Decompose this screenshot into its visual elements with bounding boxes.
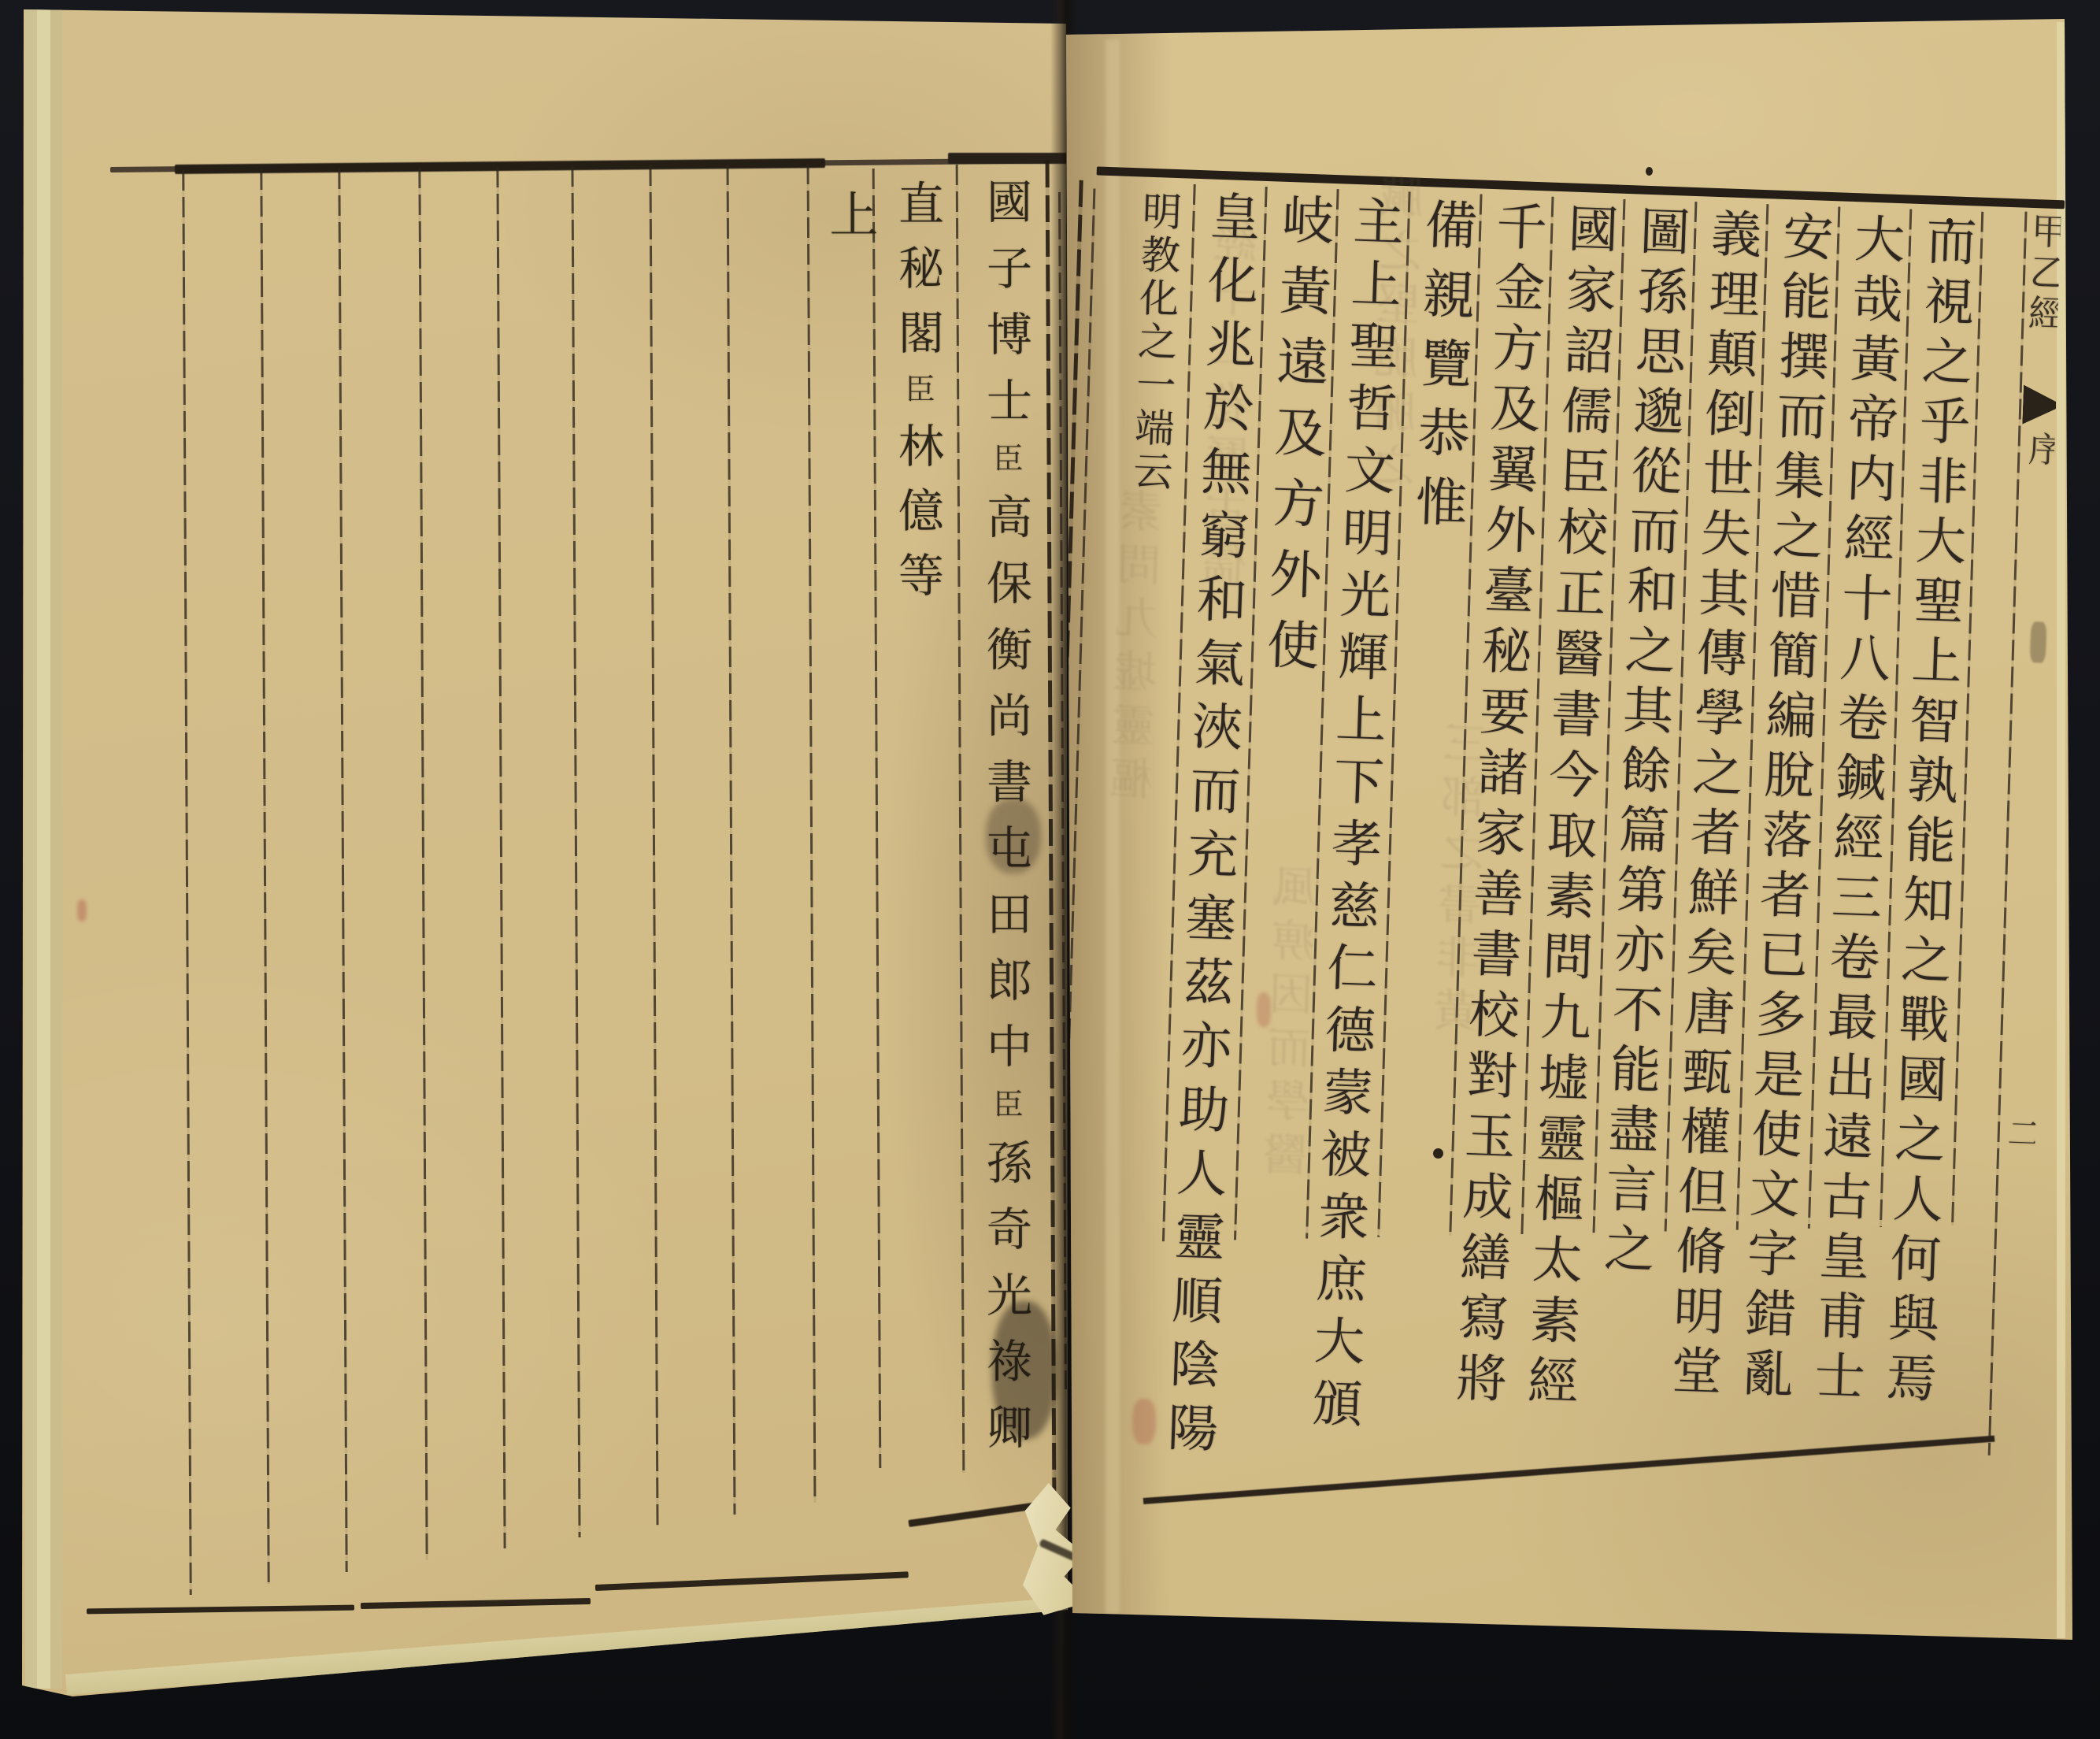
column-text-segment: 高保衡尚書屯田郎中: [979, 493, 1032, 1088]
ink-speck: [1646, 167, 1653, 176]
frame-bottom-border: [595, 1571, 909, 1591]
column-text-segment: 林億等: [891, 422, 944, 616]
red-stain: [77, 899, 87, 921]
ink-speck: [1433, 1148, 1443, 1159]
fishtail-icon: [2022, 385, 2057, 425]
banxin-faint-mark: [2030, 621, 2047, 663]
column-rules: [1072, 0, 2082, 17]
ruled-line: [260, 169, 269, 1584]
column-text-segment: 直秘閣: [891, 180, 944, 373]
honorific-small-char: 臣: [988, 443, 1023, 493]
ruled-line: [338, 169, 347, 1572]
left-page: 國子博士臣高保衡尚書屯田郎中臣孫奇光祿卿 直秘閣臣林億等 上: [20, 3, 1068, 1698]
printed-frame: 甲乙經 序 二 素問九墟靈樞 經十二卷歷古儒 風痹因而學醫 臟之堅脆腑之 三部之…: [1014, 0, 2082, 1656]
book-scan-photo: 國子博士臣高保衡尚書屯田郎中臣孫奇光祿卿 直秘閣臣林億等 上 甲乙經 序 二: [0, 0, 2100, 1739]
ruled-line: [727, 165, 736, 1515]
honorific-small-char: 臣: [900, 373, 935, 422]
ink-smudge: [986, 799, 1041, 873]
ink-smudge: [992, 1301, 1057, 1439]
text-column-12: 明教化之一端云: [1130, 190, 1180, 495]
text-column-8: 備親覽恭惟: [1409, 197, 1473, 545]
banxin-title: 甲乙經: [2025, 212, 2061, 336]
ruled-line: [807, 164, 817, 1503]
honorific-small-char: 臣: [988, 1088, 1023, 1139]
ruled-line: [649, 165, 658, 1526]
ruled-line: [956, 165, 965, 1473]
page-edge-strip: [25, 9, 37, 1689]
page-edge-strip: [50, 9, 62, 1689]
frame-bottom-border: [361, 1598, 591, 1609]
ruled-line: [872, 169, 882, 1468]
text-column-10: 岐黃遠及方外使: [1261, 191, 1330, 689]
bleed-through-text: 素問九墟靈樞: [1113, 488, 1168, 810]
red-stain: [1257, 992, 1271, 1027]
ruled-line: [1988, 212, 2028, 1455]
column-text-segment: 國子博士: [979, 178, 1032, 443]
ruled-line: [496, 167, 506, 1548]
banxin-page-number-clip: 二: [2005, 1115, 2036, 1154]
ruled-line: [182, 170, 191, 1595]
banxin-page-number: 二: [2005, 1115, 2035, 1149]
page-edge-strip: [37, 9, 50, 1689]
banxin-section-clip: 序: [2024, 431, 2055, 471]
banxin-title-clip: 甲乙經: [2025, 212, 2061, 347]
left-page-column-presented: 上: [825, 189, 874, 238]
ruled-line: [571, 166, 580, 1537]
red-stain: [1132, 1399, 1156, 1444]
ruled-line: [418, 168, 428, 1560]
left-page-column-officials-2: 直秘閣臣林億等: [894, 180, 940, 616]
ink-speck: [1946, 218, 1953, 224]
banxin-section-label: 序: [2024, 431, 2055, 467]
frame-bottom-border: [87, 1605, 354, 1615]
right-page: 甲乙經 序 二 素問九墟靈樞 經十二卷歷古儒 風痹因而學醫 臟之堅脆腑之 三部之…: [1065, 16, 2076, 1656]
